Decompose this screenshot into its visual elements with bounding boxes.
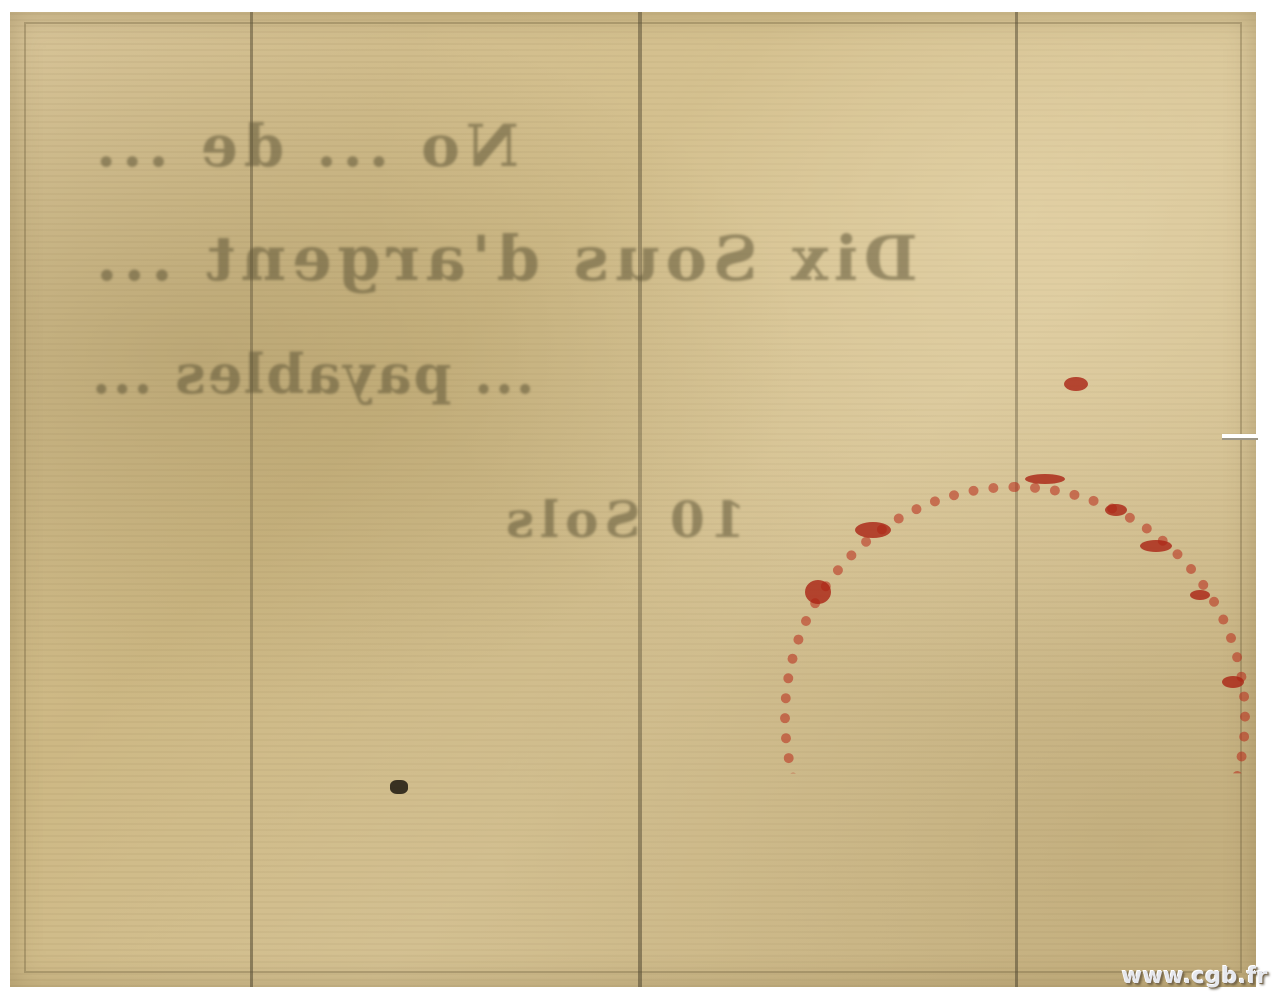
seal-ink-spot xyxy=(1140,540,1172,552)
watermark-text: www.cgb.fr xyxy=(1122,964,1268,989)
seal-ink-spot xyxy=(855,522,891,538)
seal-ink-spot xyxy=(805,580,831,604)
ink-stain xyxy=(390,780,408,794)
seal-ink-spot xyxy=(1025,474,1065,484)
show-through-line-3: ... payables ... xyxy=(90,342,535,406)
denomination-show-through: 10 Sols xyxy=(500,490,746,549)
show-through-line-1: No ... de ... xyxy=(90,112,519,180)
paper-tear xyxy=(1222,434,1258,440)
seal-ink-spot xyxy=(1105,504,1127,516)
banknote-paper: No ... de ... Dix Sous d'argent ... ... … xyxy=(10,12,1256,987)
seal-ink-spot xyxy=(1064,377,1088,391)
show-through-line-2: Dix Sous d'argent ... xyxy=(90,222,918,295)
seal-ink-spot xyxy=(1190,590,1210,600)
photo-stage: No ... de ... Dix Sous d'argent ... ... … xyxy=(0,0,1280,999)
seal-ink-spot xyxy=(1222,676,1244,688)
